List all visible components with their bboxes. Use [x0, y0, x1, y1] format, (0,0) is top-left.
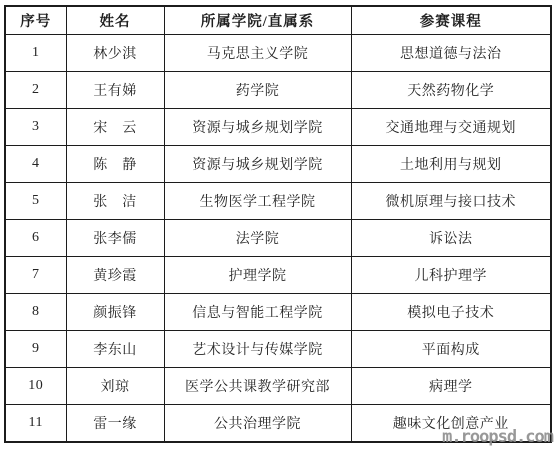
cell-number: 8 — [5, 294, 66, 331]
header-cell-course: 参赛课程 — [351, 6, 551, 35]
cell-course: 思想道德与法治 — [351, 35, 551, 72]
cell-department: 公共治理学院 — [164, 405, 351, 443]
cell-department: 信息与智能工程学院 — [164, 294, 351, 331]
cell-number: 2 — [5, 72, 66, 109]
page: 序号 姓名 所属学院/直属系 参赛课程 1林少淇马克思主义学院思想道德与法治2王… — [0, 0, 554, 450]
cell-department: 医学公共课教学研究部 — [164, 368, 351, 405]
cell-name: 宋 云 — [66, 109, 164, 146]
cell-course: 儿科护理学 — [351, 257, 551, 294]
cell-number: 3 — [5, 109, 66, 146]
table-body: 1林少淇马克思主义学院思想道德与法治2王有娣药学院天然药物化学3宋 云资源与城乡… — [5, 35, 551, 443]
cell-department: 生物医学工程学院 — [164, 183, 351, 220]
table-row: 8颜振锋信息与智能工程学院模拟电子技术 — [5, 294, 551, 331]
cell-name: 黄珍霞 — [66, 257, 164, 294]
cell-name: 王有娣 — [66, 72, 164, 109]
cell-department: 艺术设计与传媒学院 — [164, 331, 351, 368]
cell-name: 颜振锋 — [66, 294, 164, 331]
cell-number: 7 — [5, 257, 66, 294]
cell-department: 资源与城乡规划学院 — [164, 109, 351, 146]
cell-number: 5 — [5, 183, 66, 220]
table-row: 11雷一缘公共治理学院趣味文化创意产业 — [5, 405, 551, 443]
cell-department: 护理学院 — [164, 257, 351, 294]
table-row: 10刘琼医学公共课教学研究部病理学 — [5, 368, 551, 405]
cell-course: 平面构成 — [351, 331, 551, 368]
cell-department: 资源与城乡规划学院 — [164, 146, 351, 183]
table-row: 5张 洁生物医学工程学院微机原理与接口技术 — [5, 183, 551, 220]
cell-name: 林少淇 — [66, 35, 164, 72]
header-cell-name: 姓名 — [66, 6, 164, 35]
table-row: 7黄珍霞护理学院儿科护理学 — [5, 257, 551, 294]
cell-number: 11 — [5, 405, 66, 443]
participants-table: 序号 姓名 所属学院/直属系 参赛课程 1林少淇马克思主义学院思想道德与法治2王… — [4, 5, 552, 443]
table-row: 2王有娣药学院天然药物化学 — [5, 72, 551, 109]
header-cell-number: 序号 — [5, 6, 66, 35]
cell-name: 张李儒 — [66, 220, 164, 257]
cell-course: 模拟电子技术 — [351, 294, 551, 331]
cell-department: 药学院 — [164, 72, 351, 109]
cell-number: 6 — [5, 220, 66, 257]
cell-number: 9 — [5, 331, 66, 368]
cell-course: 病理学 — [351, 368, 551, 405]
table-row: 9李东山艺术设计与传媒学院平面构成 — [5, 331, 551, 368]
cell-course: 天然药物化学 — [351, 72, 551, 109]
cell-name: 陈 静 — [66, 146, 164, 183]
cell-course: 趣味文化创意产业 — [351, 405, 551, 443]
cell-name: 张 洁 — [66, 183, 164, 220]
cell-course: 交通地理与交通规划 — [351, 109, 551, 146]
header-cell-department: 所属学院/直属系 — [164, 6, 351, 35]
cell-number: 1 — [5, 35, 66, 72]
table-row: 1林少淇马克思主义学院思想道德与法治 — [5, 35, 551, 72]
cell-number: 4 — [5, 146, 66, 183]
table-row: 4陈 静资源与城乡规划学院土地利用与规划 — [5, 146, 551, 183]
cell-department: 马克思主义学院 — [164, 35, 351, 72]
cell-name: 雷一缘 — [66, 405, 164, 443]
cell-department: 法学院 — [164, 220, 351, 257]
cell-number: 10 — [5, 368, 66, 405]
cell-course: 土地利用与规划 — [351, 146, 551, 183]
header-row: 序号 姓名 所属学院/直属系 参赛课程 — [5, 6, 551, 35]
cell-course: 诉讼法 — [351, 220, 551, 257]
table-row: 6张李儒法学院诉讼法 — [5, 220, 551, 257]
cell-name: 李东山 — [66, 331, 164, 368]
cell-course: 微机原理与接口技术 — [351, 183, 551, 220]
cell-name: 刘琼 — [66, 368, 164, 405]
table-row: 3宋 云资源与城乡规划学院交通地理与交通规划 — [5, 109, 551, 146]
